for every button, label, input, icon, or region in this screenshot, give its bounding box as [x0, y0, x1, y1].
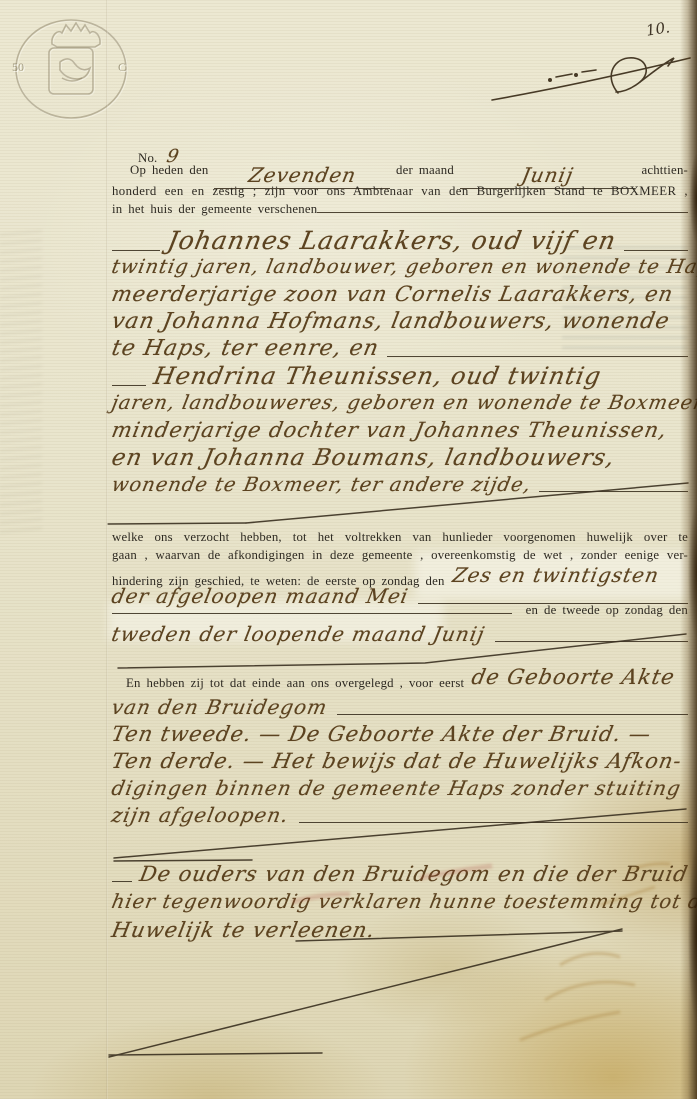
handwritten-text: jaren, landbouweres, geboren en wonende … — [110, 391, 697, 414]
printed-text: en de tweede op zondag den — [526, 603, 688, 618]
groom-line-4: van Johanna Hofmans, landbouwers, wonend… — [112, 309, 688, 334]
printed-text: der maand — [396, 163, 454, 178]
groom-line-1: Johannes Laarakkers, oud vijf en — [112, 226, 688, 255]
handwritten-consent: De ouders van den Bruidegom en die der B… — [138, 862, 691, 886]
printed-text: Op heden den — [130, 163, 208, 178]
bride-name: Hendrina Theunissen, oud twintig — [151, 362, 604, 390]
documents-line-5: digingen binnen de gemeente Haps zonder … — [112, 776, 688, 800]
bride-line-1: Hendrina Theunissen, oud twintig — [112, 362, 688, 390]
handwritten-text: meerderjarige zoon van Cornelis Laarakke… — [110, 282, 676, 306]
seal-currency: C — [118, 60, 126, 75]
groom-line-2: twintig jaren, landbouwer, geboren en wo… — [112, 255, 688, 278]
documents-line-2: van den Bruidegom — [112, 695, 688, 719]
consent-line-2: hier tegenwoordig verklaren hunne toeste… — [112, 890, 688, 913]
banns-line-1: welke ons verzocht hebben, tot het voltr… — [112, 530, 688, 545]
embossed-seal-icon: 50 C — [10, 12, 132, 120]
consent-line-3: Huwelijk te verleenen. — [112, 918, 688, 942]
blank-rule — [112, 881, 132, 882]
handwritten-text: te Haps, ter eenre, en — [110, 336, 382, 361]
blank-rule — [112, 385, 146, 386]
printed-text: honderd een en zestig ; zijn voor ons Am… — [112, 184, 688, 199]
handwritten-consent-3: Huwelijk te verleenen. — [110, 918, 378, 942]
groom-line-5: te Haps, ter eenre, en — [112, 336, 688, 361]
blank-rule — [299, 822, 688, 823]
consent-line-1: De ouders van den Bruidegom en die der B… — [112, 862, 688, 886]
blank-rule — [112, 250, 160, 251]
intro-line-2: honderd een en zestig ; zijn voor ons Am… — [112, 184, 688, 199]
banns-line-6: tweden der loopende maand Junij — [112, 622, 688, 646]
seal-emblem-icon — [10, 12, 132, 120]
seal-denomination: 50 — [12, 60, 24, 75]
ink-bleedthrough-left — [0, 230, 42, 534]
printed-text: achttien- — [641, 163, 688, 178]
blank-rule — [539, 491, 688, 492]
documents-line-3: Ten tweede. — De Geboorte Akte der Bruid… — [112, 722, 688, 746]
blank-rule — [337, 714, 688, 715]
handwritten-doc3: Ten derde. — Het bewijs dat de Huwelijks… — [110, 749, 684, 773]
documents-line-1: En hebben zij tot dat einde aan ons over… — [112, 668, 688, 692]
bride-line-2: jaren, landbouweres, geboren en wonende … — [112, 391, 688, 414]
printed-text: in het huis der gemeente verschenen — [112, 202, 317, 217]
blank-rule — [317, 212, 688, 213]
handwritten-consent-2: hier tegenwoordig verklaren hunne toeste… — [110, 890, 697, 913]
paper-crease — [106, 0, 108, 1099]
groom-line-3: meerderjarige zoon van Cornelis Laarakke… — [112, 282, 688, 306]
blank-rule — [624, 250, 688, 251]
handwritten-second-banns-date: tweden der loopende maand Junij — [110, 622, 487, 646]
handwritten-doc2: Ten tweede. — De Geboorte Akte der Bruid… — [110, 722, 654, 746]
intro-line-3: in het huis der gemeente verschenen — [112, 202, 688, 217]
page-number: 10. — [645, 18, 671, 40]
paraph-flourish-icon — [492, 58, 690, 100]
blank-rule — [495, 641, 688, 642]
handwritten-text: van Johanna Hofmans, landbouwers, wonend… — [110, 309, 672, 334]
bride-line-3: minderjarige dochter van Johannes Theuni… — [112, 418, 688, 442]
printed-text: En hebben zij tot dat einde aan ons over… — [126, 676, 464, 691]
bride-line-5: wonende te Boxmeer, ter andere zijde, — [112, 473, 688, 496]
handwritten-doc1b: van den Bruidegom — [110, 695, 330, 719]
handwritten-text: twintig jaren, landbouwer, geboren en wo… — [110, 255, 697, 278]
handwritten-text: minderjarige dochter van Johannes Theuni… — [110, 418, 670, 442]
handwritten-doc3b: digingen binnen de gemeente Haps zonder … — [110, 776, 684, 800]
blank-rule — [387, 356, 688, 357]
marriage-certificate-scan: 50 C 10. No. 9 Op heden den Zevenden der… — [0, 0, 697, 1099]
bride-line-4: en van Johanna Boumans, landbouwers, — [112, 445, 688, 471]
groom-name: Johannes Laarakkers, oud vijf en — [165, 226, 619, 255]
handwritten-doc1: de Geboorte Akte — [470, 665, 677, 689]
handwritten-text: en van Johanna Boumans, landbouwers, — [109, 445, 617, 471]
documents-line-6: zijn afgeloopen. — [112, 803, 688, 827]
handwritten-doc3c: zijn afgeloopen. — [110, 803, 291, 827]
printed-text: welke ons verzocht hebben, tot het voltr… — [112, 530, 688, 545]
handwritten-text: wonende te Boxmeer, ter andere zijde, — [110, 473, 534, 496]
banns-line-2: gaan , waarvan de afkondigingen in deze … — [112, 548, 688, 563]
blank-rule — [112, 613, 512, 614]
printed-text: gaan , waarvan de afkondigingen in deze … — [112, 548, 688, 563]
banns-line-5: en de tweede op zondag den — [112, 603, 688, 618]
documents-line-4: Ten derde. — Het bewijs dat de Huwelijks… — [112, 749, 688, 773]
